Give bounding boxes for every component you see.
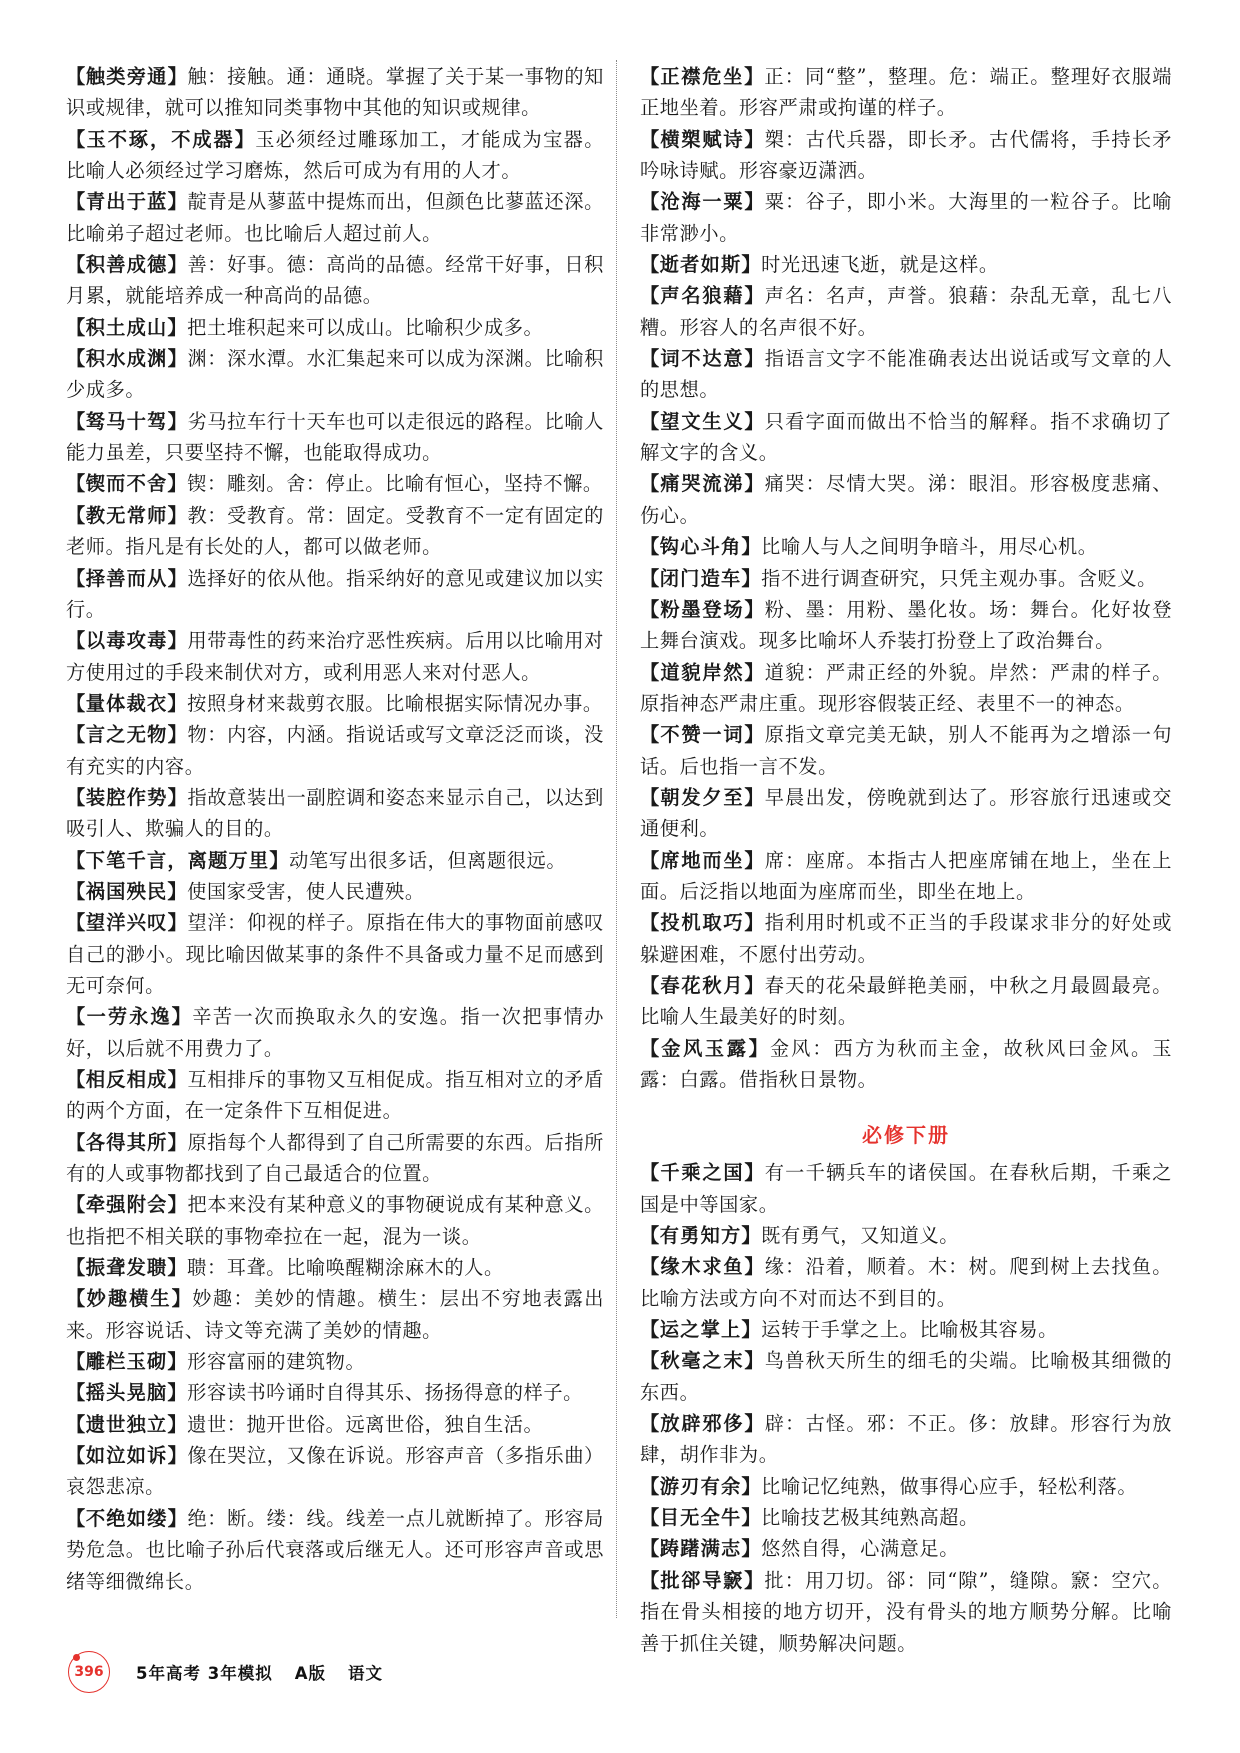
close-bracket: 】 <box>167 1381 187 1404</box>
close-bracket: 】 <box>172 1287 193 1310</box>
open-bracket: 【 <box>66 1381 86 1404</box>
close-bracket: 】 <box>167 472 187 495</box>
idiom-entry: 【千乘之国】有一千辆兵车的诸侯国。在春秋后期，千乘之国是中等国家。 <box>640 1157 1172 1220</box>
idiom-term: 望洋兴叹 <box>86 911 168 934</box>
idiom-entry: 【有勇知方】既有勇气，又知道义。 <box>640 1220 1172 1251</box>
open-bracket: 【 <box>640 253 660 276</box>
idiom-entry: 【一劳永逸】辛苦一次而换取永久的安逸。指一次把事情办好，以后就不用费力了。 <box>66 1001 604 1064</box>
open-bracket: 【 <box>66 1005 87 1028</box>
idiom-term: 春花秋月 <box>660 974 744 997</box>
idiom-entry: 【积善成德】善：好事。德：高尚的品德。经常干好事，日积月累，就能培养成一种高尚的… <box>66 249 604 312</box>
idiom-term: 游刃有余 <box>660 1475 742 1498</box>
close-bracket: 】 <box>167 692 187 715</box>
idiom-term: 积善成德 <box>86 253 168 276</box>
book-title: 5年高考 3年模拟 A版 语文 <box>136 1660 383 1684</box>
badge-dot-icon <box>73 1654 80 1661</box>
idiom-entry: 【下笔千言，离题万里】动笔写出很多话，但离题很远。 <box>66 845 604 876</box>
open-bracket: 【 <box>640 723 660 746</box>
close-bracket: 】 <box>744 1255 764 1278</box>
open-bracket: 【 <box>640 1161 660 1184</box>
idiom-term: 有勇知方 <box>660 1224 742 1247</box>
close-bracket: 】 <box>167 880 187 903</box>
idiom-term: 声名狼藉 <box>660 284 744 307</box>
open-bracket: 【 <box>640 786 660 809</box>
open-bracket: 【 <box>640 284 660 307</box>
idiom-entry: 【教无常师】教：受教育。常：固定。受教育不一定有固定的老师。指凡是有长处的人，都… <box>66 500 604 563</box>
idiom-definition: 按照身材来裁剪衣服。比喻根据实际情况办事。 <box>187 692 603 715</box>
close-bracket: 】 <box>744 1569 764 1592</box>
idiom-entry: 【目无全牛】比喻技艺极其纯熟高超。 <box>640 1502 1172 1533</box>
open-bracket: 【 <box>66 472 86 495</box>
open-bracket: 【 <box>66 347 86 370</box>
open-bracket: 【 <box>640 190 660 213</box>
idiom-entry: 【玉不琢，不成器】玉必须经过雕琢加工，才能成为宝器。比喻人必须经过学习磨炼，然后… <box>66 124 604 187</box>
open-bracket: 【 <box>66 253 86 276</box>
book-edition: A版 <box>295 1660 326 1684</box>
idiom-entry: 【遗世独立】遗世：抛开世俗。远离世俗，独自生活。 <box>66 1409 604 1440</box>
idiom-entry: 【各得其所】原指每个人都得到了自己所需要的东西。后指所有的人或事物都找到了自己最… <box>66 1127 604 1190</box>
close-bracket: 】 <box>168 1131 188 1154</box>
idiom-term: 遗世独立 <box>86 1413 168 1436</box>
idiom-term: 驽马十驾 <box>86 410 168 433</box>
book-subject: 语文 <box>348 1660 383 1684</box>
idiom-definition: 指不进行调查研究，只凭主观办事。含贬义。 <box>761 567 1157 590</box>
open-bracket: 【 <box>66 128 87 151</box>
idiom-entry: 【雕栏玉砌】形容富丽的建筑物。 <box>66 1346 604 1377</box>
idiom-term: 下笔千言，离题万里 <box>86 849 270 872</box>
idiom-definition: 聩：耳聋。比喻唤醒糊涂麻木的人。 <box>187 1256 504 1279</box>
open-bracket: 【 <box>640 65 660 88</box>
close-bracket: 】 <box>744 661 764 684</box>
open-bracket: 【 <box>66 567 86 590</box>
open-bracket: 【 <box>66 723 86 746</box>
open-bracket: 【 <box>640 472 660 495</box>
close-bracket: 】 <box>168 629 188 652</box>
idiom-entry: 【言之无物】物：内容，内涵。指说话或写文章泛泛而谈，没有充实的内容。 <box>66 719 604 782</box>
close-bracket: 】 <box>168 1068 188 1091</box>
close-bracket: 】 <box>168 190 188 213</box>
open-bracket: 【 <box>640 535 660 558</box>
idiom-entry: 【横槊赋诗】槊：古代兵器，即长矛。古代儒将，手持长矛吟咏诗赋。形容豪迈潇洒。 <box>640 124 1172 187</box>
close-bracket: 】 <box>744 284 764 307</box>
section-title: 必修下册 <box>640 1095 1172 1157</box>
idiom-entry: 【望文生义】只看字面而做出不恰当的解释。指不求确切了解文字的含义。 <box>640 406 1172 469</box>
close-bracket: 】 <box>741 1506 761 1529</box>
idiom-entry: 【痛哭流涕】痛哭：尽情大哭。涕：眼泪。形容极度悲痛、伤心。 <box>640 468 1172 531</box>
open-bracket: 【 <box>66 880 86 903</box>
close-bracket: 】 <box>235 128 256 151</box>
open-bracket: 【 <box>640 567 660 590</box>
open-bracket: 【 <box>66 190 86 213</box>
right-column-bottom-entries: 【千乘之国】有一千辆兵车的诸侯国。在春秋后期，千乘之国是中等国家。【有勇知方】既… <box>640 1157 1172 1659</box>
idiom-term: 沧海一粟 <box>660 190 744 213</box>
close-bracket: 】 <box>744 472 764 495</box>
idiom-term: 正襟危坐 <box>660 65 744 88</box>
idiom-entry: 【金风玉露】金风：西方为秋而主金，故秋风曰金风。玉露：白露。借指秋日景物。 <box>640 1033 1172 1096</box>
close-bracket: 】 <box>168 253 188 276</box>
open-bracket: 【 <box>66 1413 86 1436</box>
idiom-entry: 【缘木求鱼】缘：沿着，顺着。木：树。爬到树上去找鱼。比喻方法或方向不对而达不到目… <box>640 1251 1172 1314</box>
open-bracket: 【 <box>66 410 86 433</box>
close-bracket: 】 <box>167 316 187 339</box>
idiom-entry: 【望洋兴叹】望洋：仰视的样子。原指在伟大的事物面前感叹自己的渺小。现比喻因做某事… <box>66 907 604 1001</box>
idiom-term: 振聋发聩 <box>86 1256 168 1279</box>
close-bracket: 】 <box>168 1193 188 1216</box>
idiom-term: 一劳永逸 <box>87 1005 172 1028</box>
idiom-entry: 【秋毫之末】鸟兽秋天所生的细毛的尖端。比喻极其细微的东西。 <box>640 1345 1172 1408</box>
open-bracket: 【 <box>640 1318 660 1341</box>
idiom-entry: 【量体裁衣】按照身材来裁剪衣服。比喻根据实际情况办事。 <box>66 688 604 719</box>
close-bracket: 】 <box>744 347 764 370</box>
idiom-term: 痛哭流涕 <box>660 472 744 495</box>
close-bracket: 】 <box>168 723 188 746</box>
idiom-term: 相反相成 <box>86 1068 168 1091</box>
page-number: 396 <box>74 1664 103 1680</box>
idiom-entry: 【祸国殃民】使国家受害，使人民遭殃。 <box>66 876 604 907</box>
close-bracket: 】 <box>744 65 764 88</box>
idiom-definition: 使国家受害，使人民遭殃。 <box>187 880 424 903</box>
close-bracket: 】 <box>168 911 188 934</box>
open-bracket: 【 <box>66 786 86 809</box>
idiom-definition: 比喻人与人之间明争暗斗，用尽心机。 <box>761 535 1097 558</box>
idiom-entry: 【不绝如缕】绝：断。缕：线。线差一点儿就断掉了。形容局势危急。也比喻子孙后代衰落… <box>66 1503 604 1597</box>
idiom-entry: 【词不达意】指语言文字不能准确表达出说话或写文章的人的思想。 <box>640 343 1172 406</box>
idiom-term: 横槊赋诗 <box>660 128 744 151</box>
open-bracket: 【 <box>66 1068 86 1091</box>
idiom-term: 妙趣横生 <box>87 1287 172 1310</box>
open-bracket: 【 <box>66 849 86 872</box>
idiom-entry: 【粉墨登场】粉、墨：用粉、墨化妆。场：舞台。化好妆登上舞台演戏。现多比喻坏人乔装… <box>640 594 1172 657</box>
close-bracket: 】 <box>167 1256 187 1279</box>
close-bracket: 】 <box>744 598 764 621</box>
idiom-term: 装腔作势 <box>86 786 168 809</box>
idiom-entry: 【踌躇满志】悠然自得，心满意足。 <box>640 1533 1172 1564</box>
idiom-term: 量体裁衣 <box>86 692 168 715</box>
close-bracket: 】 <box>168 410 188 433</box>
idiom-term: 锲而不舍 <box>86 472 168 495</box>
idiom-definition: 动笔写出很多话，但离题很远。 <box>289 849 566 872</box>
close-bracket: 】 <box>749 1037 770 1060</box>
idiom-term: 择善而从 <box>86 567 168 590</box>
page-number-badge: 396 <box>68 1651 110 1693</box>
idiom-term: 席地而坐 <box>660 849 744 872</box>
idiom-entry: 【席地而坐】席：座席。本指古人把座席铺在地上，坐在上面。后泛指以地面为座席而坐，… <box>640 845 1172 908</box>
idiom-definition: 既有勇气，又知道义。 <box>761 1224 959 1247</box>
open-bracket: 【 <box>640 128 660 151</box>
close-bracket: 】 <box>741 253 761 276</box>
idiom-term: 踌躇满志 <box>660 1537 742 1560</box>
close-bracket: 】 <box>741 1318 761 1341</box>
open-bracket: 【 <box>640 1224 660 1247</box>
idiom-entry: 【放辟邪侈】辟：古怪。邪：不正。侈：放肆。形容行为放肆，胡作非为。 <box>640 1408 1172 1471</box>
open-bracket: 【 <box>66 504 86 527</box>
idiom-entry: 【积水成渊】渊：深水潭。水汇集起来可以成为深渊。比喻积少成多。 <box>66 343 604 406</box>
open-bracket: 【 <box>66 65 86 88</box>
idiom-term: 批郤导窾 <box>660 1569 744 1592</box>
open-bracket: 【 <box>66 911 86 934</box>
right-column: 【正襟危坐】正：同“整”，整理。危：端正。整理好衣服端正地坐着。形容严肃或拘谨的… <box>640 61 1172 1659</box>
idiom-entry: 【闭门造车】指不进行调查研究，只凭主观办事。含贬义。 <box>640 563 1172 594</box>
open-bracket: 【 <box>640 1506 660 1529</box>
idiom-term: 触类旁通 <box>86 65 168 88</box>
idiom-term: 千乘之国 <box>660 1161 744 1184</box>
close-bracket: 】 <box>168 347 188 370</box>
open-bracket: 【 <box>640 1255 660 1278</box>
idiom-term: 教无常师 <box>86 504 168 527</box>
close-bracket: 】 <box>741 567 761 590</box>
close-bracket: 】 <box>167 1350 187 1373</box>
close-bracket: 】 <box>741 1224 761 1247</box>
idiom-entry: 【锲而不舍】锲：雕刻。舍：停止。比喻有恒心，坚持不懈。 <box>66 468 604 499</box>
idiom-definition: 比喻记忆纯熟，做事得心应手，轻松利落。 <box>761 1475 1137 1498</box>
idiom-term: 望文生义 <box>660 410 744 433</box>
idiom-entry: 【游刃有余】比喻记忆纯熟，做事得心应手，轻松利落。 <box>640 1471 1172 1502</box>
idiom-term: 闭门造车 <box>660 567 742 590</box>
idiom-term: 钩心斗角 <box>660 535 742 558</box>
idiom-term: 不赞一词 <box>660 723 744 746</box>
idiom-term: 投机取巧 <box>660 911 744 934</box>
idiom-entry: 【如泣如诉】像在哭泣，又像在诉说。形容声音（多指乐曲）哀怨悲凉。 <box>66 1440 604 1503</box>
idiom-term: 词不达意 <box>660 347 744 370</box>
idiom-term: 缘木求鱼 <box>660 1255 744 1278</box>
open-bracket: 【 <box>640 1037 661 1060</box>
close-bracket: 】 <box>167 1413 187 1436</box>
open-bracket: 【 <box>640 1569 660 1592</box>
idiom-definition: 锲：雕刻。舍：停止。比喻有恒心，坚持不懈。 <box>187 472 603 495</box>
open-bracket: 【 <box>640 1349 660 1372</box>
open-bracket: 【 <box>640 974 660 997</box>
idiom-definition: 时光迅速飞逝，就是这样。 <box>761 253 998 276</box>
close-bracket: 】 <box>744 849 764 872</box>
close-bracket: 】 <box>744 723 764 746</box>
close-bracket: 】 <box>744 1412 764 1435</box>
idiom-entry: 【道貌岸然】道貌：严肃正经的外貌。岸然：严肃的样子。原指神态严肃庄重。现形容假装… <box>640 657 1172 720</box>
idiom-term: 言之无物 <box>86 723 168 746</box>
open-bracket: 【 <box>66 629 86 652</box>
idiom-entry: 【相反相成】互相排斥的事物又互相促成。指互相对立的矛盾的两个方面，在一定条件下互… <box>66 1064 604 1127</box>
idiom-term: 粉墨登场 <box>660 598 744 621</box>
open-bracket: 【 <box>640 911 660 934</box>
close-bracket: 】 <box>744 974 764 997</box>
idiom-entry: 【朝发夕至】早晨出发，傍晚就到达了。形容旅行迅速或交通便利。 <box>640 782 1172 845</box>
idiom-term: 放辟邪侈 <box>660 1412 744 1435</box>
close-bracket: 】 <box>168 786 188 809</box>
page-footer: 396 5年高考 3年模拟 A版 语文 <box>68 1650 383 1694</box>
idiom-definition: 形容富丽的建筑物。 <box>187 1350 365 1373</box>
idiom-term: 摇头晃脑 <box>86 1381 168 1404</box>
idiom-definition: 形容读书吟诵时自得其乐、扬扬得意的样子。 <box>187 1381 583 1404</box>
open-bracket: 【 <box>66 692 86 715</box>
close-bracket: 】 <box>744 786 764 809</box>
close-bracket: 】 <box>744 128 764 151</box>
idiom-definition: 比喻技艺极其纯熟高超。 <box>761 1506 979 1529</box>
open-bracket: 【 <box>640 347 660 370</box>
idiom-term: 牵强附会 <box>86 1193 168 1216</box>
open-bracket: 【 <box>640 1537 660 1560</box>
close-bracket: 】 <box>741 1537 761 1560</box>
idiom-term: 青出于蓝 <box>86 190 168 213</box>
idiom-entry: 【不赞一词】原指文章完美无缺，别人不能再为之增添一句话。后也指一言不发。 <box>640 719 1172 782</box>
close-bracket: 】 <box>168 567 188 590</box>
idiom-entry: 【驽马十驾】劣马拉车行十天车也可以走很远的路程。比喻人能力虽差，只要坚持不懈，也… <box>66 406 604 469</box>
idiom-term: 逝者如斯 <box>660 253 742 276</box>
close-bracket: 】 <box>741 535 761 558</box>
idiom-entry: 【沧海一粟】粟：谷子，即小米。大海里的一粒谷子。比喻非常渺小。 <box>640 186 1172 249</box>
open-bracket: 【 <box>66 1256 86 1279</box>
idiom-term: 积水成渊 <box>86 347 168 370</box>
book-series: 5年高考 3年模拟 <box>136 1660 273 1684</box>
right-column-top-entries: 【正襟危坐】正：同“整”，整理。危：端正。整理好衣服端正地坐着。形容严肃或拘谨的… <box>640 61 1172 1095</box>
close-bracket: 】 <box>269 849 289 872</box>
idiom-entry: 【声名狼藉】声名：名声，声誉。狼藉：杂乱无章，乱七八糟。形容人的名声很不好。 <box>640 280 1172 343</box>
left-column: 【触类旁通】触：接触。通：通晓。掌握了关于某一事物的知识或规律，就可以推知同类事… <box>66 61 604 1597</box>
idiom-definition: 把土堆积起来可以成山。比喻积少成多。 <box>187 316 543 339</box>
close-bracket: 】 <box>168 1444 188 1467</box>
idiom-entry: 【触类旁通】触：接触。通：通晓。掌握了关于某一事物的知识或规律，就可以推知同类事… <box>66 61 604 124</box>
idiom-entry: 【正襟危坐】正：同“整”，整理。危：端正。整理好衣服端正地坐着。形容严肃或拘谨的… <box>640 61 1172 124</box>
close-bracket: 】 <box>744 1349 764 1372</box>
close-bracket: 】 <box>168 65 188 88</box>
idiom-entry: 【运之掌上】运转于手掌之上。比喻极其容易。 <box>640 1314 1172 1345</box>
idiom-term: 玉不琢，不成器 <box>87 128 235 151</box>
close-bracket: 】 <box>744 190 764 213</box>
idiom-term: 雕栏玉砌 <box>86 1350 168 1373</box>
idiom-term: 如泣如诉 <box>86 1444 168 1467</box>
idiom-entry: 【牵强附会】把本来没有某种意义的事物硬说成有某种意义。也指把不相关联的事物牵拉在… <box>66 1189 604 1252</box>
open-bracket: 【 <box>640 661 660 684</box>
idiom-entry: 【装腔作势】指故意装出一副腔调和姿态来显示自己，以达到吸引人、欺骗人的目的。 <box>66 782 604 845</box>
close-bracket: 】 <box>172 1005 193 1028</box>
idiom-entry: 【以毒攻毒】用带毒性的药来治疗恶性疾病。后用以比喻用对方使用过的手段来制伏对方，… <box>66 625 604 688</box>
idiom-term: 积土成山 <box>86 316 168 339</box>
idiom-term: 目无全牛 <box>660 1506 742 1529</box>
open-bracket: 【 <box>66 1193 86 1216</box>
idiom-term: 以毒攻毒 <box>86 629 168 652</box>
close-bracket: 】 <box>168 1507 188 1530</box>
open-bracket: 【 <box>66 1287 87 1310</box>
close-bracket: 】 <box>741 1475 761 1498</box>
idiom-entry: 【投机取巧】指利用时机或不正当的手段谋求非分的好处或躲避困难，不愿付出劳动。 <box>640 907 1172 970</box>
close-bracket: 】 <box>744 911 764 934</box>
open-bracket: 【 <box>640 849 660 872</box>
idiom-term: 各得其所 <box>86 1131 168 1154</box>
idiom-entry: 【批郤导窾】批：用刀切。郤：同“隙”，缝隙。窾：空穴。指在骨头相接的地方切开，没… <box>640 1565 1172 1659</box>
idiom-entry: 【钩心斗角】比喻人与人之间明争暗斗，用尽心机。 <box>640 531 1172 562</box>
close-bracket: 】 <box>168 504 188 527</box>
open-bracket: 【 <box>66 316 86 339</box>
idiom-entry: 【春花秋月】春天的花朵最鲜艳美丽，中秋之月最圆最亮。比喻人生最美好的时刻。 <box>640 970 1172 1033</box>
idiom-entry: 【青出于蓝】靛青是从蓼蓝中提炼而出，但颜色比蓼蓝还深。比喻弟子超过老师。也比喻后… <box>66 186 604 249</box>
idiom-definition: 悠然自得，心满意足。 <box>761 1537 959 1560</box>
idiom-definition: 遗世：抛开世俗。远离世俗，独自生活。 <box>187 1413 543 1436</box>
open-bracket: 【 <box>66 1507 86 1530</box>
idiom-term: 不绝如缕 <box>86 1507 168 1530</box>
open-bracket: 【 <box>66 1131 86 1154</box>
close-bracket: 】 <box>744 1161 764 1184</box>
idiom-entry: 【逝者如斯】时光迅速飞逝，就是这样。 <box>640 249 1172 280</box>
idiom-term: 道貌岸然 <box>660 661 744 684</box>
idiom-term: 运之掌上 <box>660 1318 742 1341</box>
close-bracket: 】 <box>744 410 764 433</box>
idiom-definition: 运转于手掌之上。比喻极其容易。 <box>761 1318 1058 1341</box>
column-divider <box>616 60 617 1618</box>
idiom-entry: 【积土成山】把土堆积起来可以成山。比喻积少成多。 <box>66 312 604 343</box>
open-bracket: 【 <box>640 1475 660 1498</box>
idiom-entry: 【择善而从】选择好的依从他。指采纳好的意见或建议加以实行。 <box>66 563 604 626</box>
idiom-entry: 【摇头晃脑】形容读书吟诵时自得其乐、扬扬得意的样子。 <box>66 1377 604 1408</box>
idiom-term: 金风玉露 <box>661 1037 748 1060</box>
idiom-term: 秋毫之末 <box>660 1349 744 1372</box>
open-bracket: 【 <box>640 1412 660 1435</box>
open-bracket: 【 <box>640 410 660 433</box>
open-bracket: 【 <box>66 1444 86 1467</box>
open-bracket: 【 <box>66 1350 86 1373</box>
idiom-term: 朝发夕至 <box>660 786 744 809</box>
idiom-entry: 【妙趣横生】妙趣：美妙的情趣。横生：层出不穷地表露出来。形容说话、诗文等充满了美… <box>66 1283 604 1346</box>
open-bracket: 【 <box>640 598 660 621</box>
idiom-entry: 【振聋发聩】聩：耳聋。比喻唤醒糊涂麻木的人。 <box>66 1252 604 1283</box>
idiom-term: 祸国殃民 <box>86 880 168 903</box>
